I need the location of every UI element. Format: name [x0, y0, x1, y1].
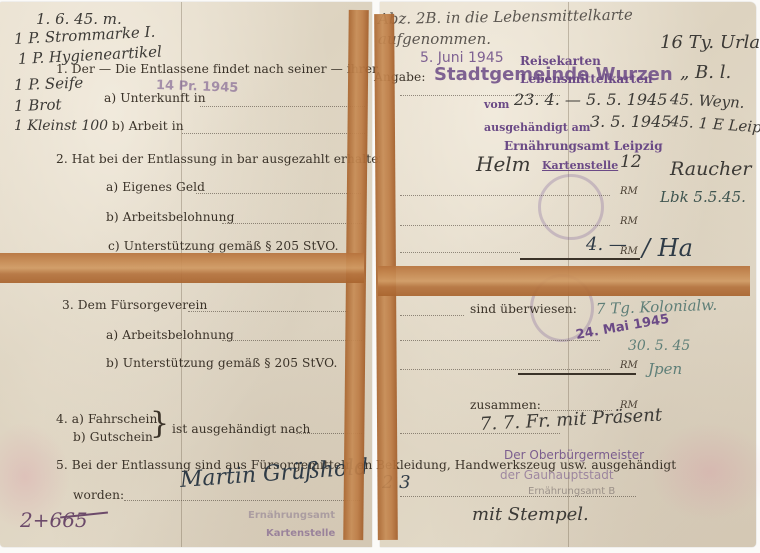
handwritten-right: 45. 1 E Leip. — [669, 112, 760, 137]
item-1b-label: b) Arbeit in — [112, 119, 184, 133]
handwritten-teal: Jpen — [648, 360, 682, 378]
handwritten-note: aufgenommen. — [378, 30, 491, 48]
amount-field-e — [400, 369, 610, 370]
item-2b-field — [222, 223, 362, 224]
handwritten-right: 45. Weyn. — [670, 90, 745, 112]
item-4b-label: b) Gutschein — [73, 430, 153, 444]
handwritten-right: „ B. l. — [680, 62, 731, 83]
handwritten-lbk: Lbk 5.5.45. — [660, 188, 746, 206]
lebensmittelkarten-stamp: Lebensmittelkarten — [520, 72, 652, 86]
handwritten-name: Helm — [476, 152, 531, 176]
ausgehaendigt-value: 3. 5. 1945 — [590, 112, 671, 131]
ernaehrungsamt-b-stamp: Ernährungsamt B — [528, 486, 615, 497]
ernaehrungsamt-stamp: Ernährungsamt Leipzig — [504, 139, 663, 153]
tape-horizontal-left — [0, 253, 364, 283]
item-4a-label: 4. a) Fahrschein — [56, 412, 157, 426]
item-1a-field — [200, 106, 365, 107]
item-2a-field — [196, 193, 361, 194]
item-4-suffix: ist ausgehändigt nach — [172, 422, 310, 436]
handwritten-number: 2+665 — [20, 508, 88, 532]
item-3-text: 3. Dem Fürsorgeverein — [62, 298, 207, 312]
vom-value: 23. 4. — 5. 5. 1945 — [514, 90, 667, 109]
rm-label: RM — [620, 246, 638, 257]
item-2c-label: c) Unterstützung gemäß § 205 StVO. — [108, 239, 339, 253]
kartenstelle-stamp: Kartenstelle — [542, 159, 618, 172]
sum-rule — [518, 373, 636, 375]
handwritten-initials: / Ha — [642, 234, 693, 262]
item-3a-field — [222, 340, 362, 341]
stamp-kartenstelle: Kartenstelle — [266, 528, 335, 539]
handwritten-bottom: mit Stempel. — [472, 504, 589, 525]
reisekarten-stamp: Reisekarten — [520, 54, 601, 68]
amount-field-a — [400, 195, 610, 196]
amount-field-c — [400, 252, 520, 253]
vom-label: vom — [484, 98, 509, 111]
gauhauptstadt-stamp: der Gauhauptstadt — [500, 468, 614, 482]
item-1b-field — [182, 133, 365, 134]
item-1a-label: a) Unterkunft in — [104, 91, 206, 105]
kartenstelle-number: 12 — [620, 152, 642, 172]
item-2b-label: b) Arbeitsbelohnung — [106, 210, 234, 224]
handwritten-line: 1 Brot — [14, 95, 62, 115]
handwritten-teal: 30. 5. 45 — [628, 338, 690, 354]
item-5-field — [124, 500, 360, 501]
item-3b-label: b) Unterstützung gemäß § 205 StVO. — [106, 356, 338, 370]
handwritten-right: 16 Ty. Urlaub — [660, 32, 760, 53]
rm-label: RM — [620, 186, 638, 197]
stamp-ernaehrungsamt: Ernährungsamt — [248, 510, 335, 521]
rm-label: RM — [620, 360, 638, 371]
sum-rule — [520, 258, 640, 260]
item-2-text: 2. Hat bei der Entlassung in bar ausgeza… — [56, 152, 391, 166]
item-5-worden: worden: — [73, 488, 124, 502]
round-stamp-faint — [538, 174, 604, 240]
tape-horizontal-right — [378, 266, 750, 296]
line-field — [400, 433, 560, 434]
amount-field-d — [400, 340, 600, 341]
handwritten-line: 1 P. Seife — [14, 74, 84, 94]
ueberwiesen-field — [400, 315, 464, 316]
item-1-text: 1. Der — Die Entlassene findet nach sein… — [56, 62, 378, 76]
item-3a-label: a) Arbeitsbelohnung — [106, 328, 234, 342]
rm-label: RM — [620, 216, 638, 227]
ueberwiesen-label: sind überwiesen: — [470, 302, 577, 316]
pink-stain — [650, 422, 760, 522]
handwritten-line: 1 Kleinst 100 — [14, 118, 108, 134]
brace: } — [150, 406, 169, 441]
ausgehaendigt-label: ausgehändigt am — [484, 121, 590, 134]
item-3-field — [188, 311, 348, 312]
amount-field-b — [400, 225, 610, 226]
item-2a-label: a) Eigenes Geld — [106, 180, 205, 194]
zusammen-label: zusammen: — [470, 398, 541, 412]
handwritten-note: Abz. 2B. in die Lebensmittelkarte — [378, 6, 633, 28]
handwritten-raucher: Raucher — [670, 158, 752, 180]
